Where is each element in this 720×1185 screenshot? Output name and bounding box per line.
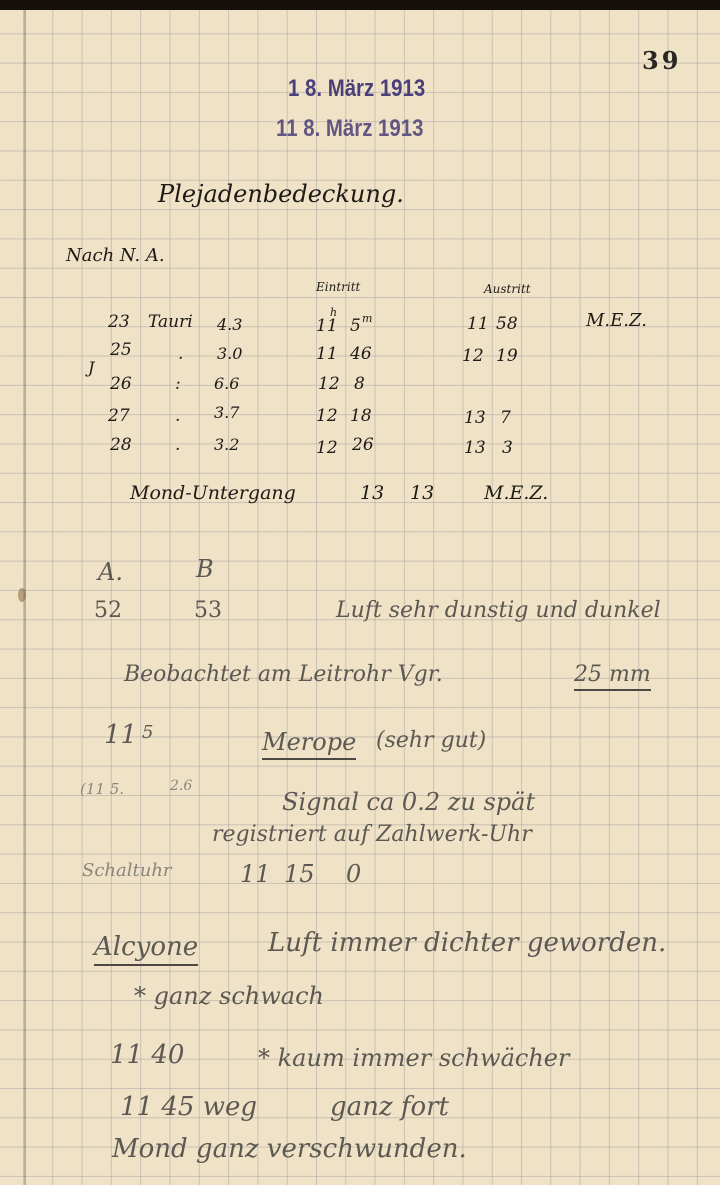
binding-gutter — [24, 10, 26, 1185]
page-number: 39 — [642, 46, 681, 75]
zone-label: M.E.Z. — [586, 310, 647, 331]
page-top-edge — [0, 0, 720, 10]
header-entry: Eintritt — [316, 280, 360, 294]
margin-note: J — [88, 358, 94, 377]
notebook-page: 39 1 8. März 1913 11 8. März 1913 Plejad… — [0, 10, 720, 1185]
source-note: Nach N. A. — [66, 245, 165, 266]
header-exit: Austritt — [484, 282, 531, 296]
aperture-value: 25 mm — [574, 662, 651, 691]
weather-note: Luft sehr dunstig und dunkel — [336, 598, 661, 623]
date-stamp-1: 1 8. März 1913 — [288, 75, 425, 103]
date-stamp-2: 11 8. März 1913 — [276, 115, 423, 143]
page-title: Plejadenbedeckung. — [158, 180, 404, 208]
instrument-note: Beobachtet am Leitrohr Vgr. — [124, 662, 443, 687]
